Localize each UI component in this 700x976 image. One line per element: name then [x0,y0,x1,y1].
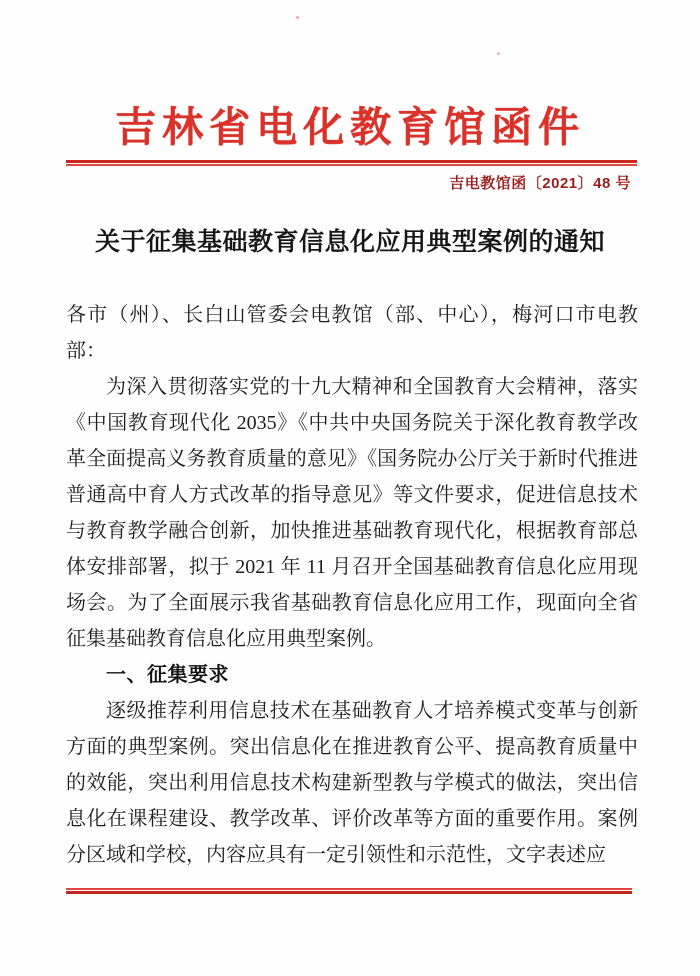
document-body: 各市（州）、长白山管委会电教馆（部、中心），梅河口市电教部： 为深入贯彻落实党的… [66,297,638,873]
document-title: 关于征集基础教育信息化应用典型案例的通知 [0,222,700,258]
scan-speckle [497,52,500,55]
body-paragraph-2: 逐级推荐利用信息技术在基础教育人才培养模式变革与创新方面的典型案例。突出信息化在… [66,693,638,873]
scanned-document-page: 吉林省电化教育馆函件 吉电教馆函〔2021〕48 号 关于征集基础教育信息化应用… [0,0,700,976]
scan-speckle [296,16,299,19]
document-reference-number: 吉电教馆函〔2021〕48 号 [449,172,631,193]
footer-double-rule [66,888,632,894]
body-paragraph-1: 为深入贯彻落实党的十九大精神和全国教育大会精神，落实《中国教育现代化 2035》… [66,369,638,657]
letterhead-double-rule [66,160,637,166]
salutation-paragraph: 各市（州）、长白山管委会电教馆（部、中心），梅河口市电教部： [66,297,638,369]
section-heading-collection-requirements: 一、征集要求 [66,657,638,693]
letterhead-title: 吉林省电化教育馆函件 [0,94,700,153]
